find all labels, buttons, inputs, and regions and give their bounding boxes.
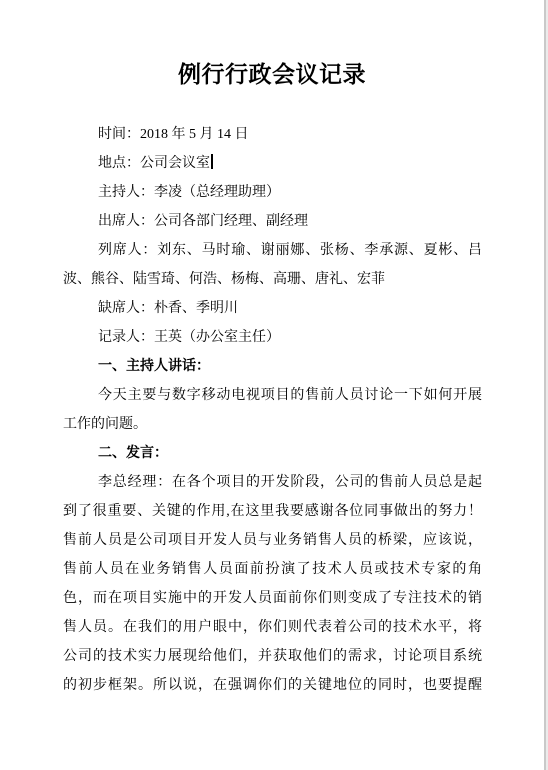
line-text: 公司的技术实力展现给他们，并获取他们的需求，讨论项目系统: [63, 649, 482, 664]
line-text: 地点：公司会议室: [98, 156, 210, 171]
document-line: 公司的技术实力展现给他们，并获取他们的需求，讨论项目系统: [63, 642, 482, 671]
line-text: 的初步框架。所以说，在强调你们的关键地位的同时，也要提醒: [63, 678, 482, 693]
line-text: 时间：2018 年 5 月 14 日: [98, 127, 249, 142]
line-text: 记录人：王英（办公室主任）: [98, 330, 280, 345]
text-cursor: [211, 154, 213, 169]
document-line: 波、熊谷、陆雪琦、何浩、杨梅、高珊、唐礼、宏菲: [63, 265, 482, 294]
document-line: 时间：2018 年 5 月 14 日: [63, 120, 482, 149]
document-line: 一、主持人讲话：: [63, 352, 482, 381]
document-line: 主持人：李凌（总经理助理）: [63, 178, 482, 207]
line-text: 售前人员是公司项目开发人员与业务销售人员的桥梁，应该说，: [63, 533, 482, 548]
line-text: 出席人：公司各部门经理、副经理: [98, 214, 308, 229]
document-line: 记录人：王英（办公室主任）: [63, 323, 482, 352]
document-line: 售前人员在业务销售人员面前扮演了技术人员或技术专家的角: [63, 555, 482, 584]
line-text: 主持人：李凌（总经理助理）: [98, 185, 280, 200]
document-line: 售前人员是公司项目开发人员与业务销售人员的桥梁，应该说，: [63, 526, 482, 555]
document-line: 列席人：刘东、马时瑜、谢丽娜、张杨、李承源、夏彬、吕: [63, 236, 482, 265]
line-text: 到了很重要、关键的作用,在这里我要感谢各位同事做出的努力！: [63, 504, 482, 519]
line-text: 售人员。在我们的用户眼中，你们则代表着公司的技术水平，将: [63, 620, 482, 635]
app-background: { "app": { "background_color": "#ebebeb"…: [0, 0, 548, 770]
line-text: 缺席人：朴香、季明川: [98, 301, 238, 316]
line-text: 列席人：刘东、马时瑜、谢丽娜、张杨、李承源、夏彬、吕: [98, 243, 482, 258]
line-text: 色，而在项目实施中的开发人员面前你们则变成了专注技术的销: [63, 591, 482, 606]
line-text: 波、熊谷、陆雪琦、何浩、杨梅、高珊、唐礼、宏菲: [63, 272, 385, 287]
document-line: 工作的问题。: [63, 410, 482, 439]
document-line: 售人员。在我们的用户眼中，你们则代表着公司的技术水平，将: [63, 613, 482, 642]
document-line: 李总经理：在各个项目的开发阶段，公司的售前人员总是起: [63, 468, 482, 497]
line-text: 工作的问题。: [63, 417, 147, 432]
document-body[interactable]: 时间：2018 年 5 月 14 日地点：公司会议室主持人：李凌（总经理助理）出…: [63, 120, 482, 700]
document-line: 色，而在项目实施中的开发人员面前你们则变成了专注技术的销: [63, 584, 482, 613]
line-text: 今天主要与数字移动电视项目的售前人员讨论一下如何开展: [98, 388, 482, 403]
line-text: 售前人员在业务销售人员面前扮演了技术人员或技术专家的角: [63, 562, 482, 577]
document-title: 例行行政会议记录: [0, 0, 544, 91]
document-line: 二、发言：: [63, 439, 482, 468]
line-text: 一、主持人讲话：: [98, 359, 210, 374]
document-line: 出席人：公司各部门经理、副经理: [63, 207, 482, 236]
document-line: 缺席人：朴香、季明川: [63, 294, 482, 323]
document-page[interactable]: 例行行政会议记录 时间：2018 年 5 月 14 日地点：公司会议室主持人：李…: [0, 0, 546, 770]
line-text: 二、发言：: [98, 446, 168, 461]
line-text: 李总经理：在各个项目的开发阶段，公司的售前人员总是起: [98, 475, 482, 490]
document-line: 到了很重要、关键的作用,在这里我要感谢各位同事做出的努力！: [63, 497, 482, 526]
document-line: 的初步框架。所以说，在强调你们的关键地位的同时，也要提醒: [63, 671, 482, 700]
document-line: 今天主要与数字移动电视项目的售前人员讨论一下如何开展: [63, 381, 482, 410]
document-line: 地点：公司会议室: [63, 149, 482, 178]
